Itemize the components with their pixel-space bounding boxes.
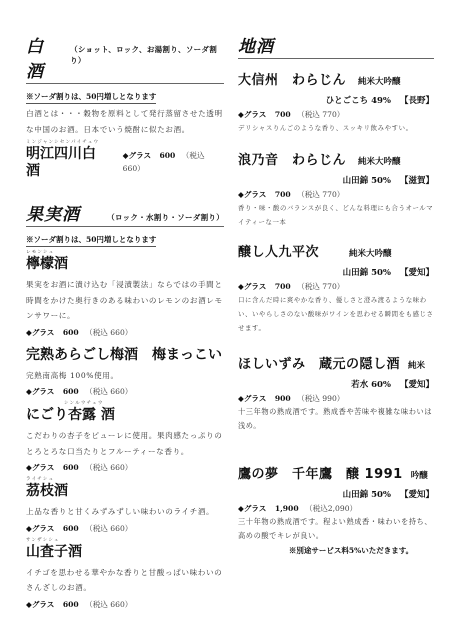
item-description: 口に含んだ時に爽やかな香り、優しさと澄み渡るような味わい、いやらしさのない酸味が… [238, 293, 434, 335]
item-name: 浪乃音 わらじん [238, 149, 346, 168]
menu-item: サンザシシュ 山査子酒 イチゴを思わせる華やかな香りと甘酸っぱい味わいのさんざし… [26, 538, 224, 611]
item-spec: 若水 60% 【愛知】 [238, 378, 434, 390]
item-grade: 純米大吟醸 [349, 247, 392, 259]
item-price: ◆グラス 600 （税込 660） [26, 326, 224, 339]
item-spec: 山田錦 50% 【愛知】 [238, 488, 434, 500]
prefecture: 【愛知】 [400, 268, 434, 278]
section-description: 白酒とは・・・穀物を原料として発行蒸留させた透明な中国のお酒。日本でいう焼酎に似… [26, 106, 224, 137]
soda-note: ※ソーダ割りは、50円増しとなります [26, 91, 156, 104]
section-title: 果実酒 [26, 200, 80, 225]
item-name: 完熟あらごし梅酒 梅まっこい [26, 347, 224, 364]
prefecture: 【愛知】 [400, 380, 434, 390]
item-price: ◆グラス 600 （税込 660） [26, 522, 224, 535]
item-grade: 純米大吟醸 [358, 155, 401, 167]
item-description: イチゴを思わせる華やかな香りと甘酸っぱい味わいのさんざしのお酒。 [26, 565, 224, 596]
price-label: ◆グラス [123, 151, 151, 160]
sake-item: ほしいずみ 蔵元の隠し酒 純米 若水 60% 【愛知】 ◆グラス 900 （税込… [238, 353, 434, 433]
sake-item: 鷹の夢 千年鷹 醸 1991 吟醸 山田錦 50% 【愛知】 ◆グラス 1,90… [238, 463, 434, 556]
price-label: ◆グラス [26, 463, 54, 472]
price-value: 600 [63, 463, 79, 472]
prefecture: 【滋賀】 [400, 176, 434, 186]
left-column: 白酒 （ショット、ロック、お湯割り、ソーダ割り） ※ソーダ割りは、50円増しとな… [26, 32, 224, 611]
item-description: こだわりの杏子をピューレに使用。果肉感たっぷりのとろとろな口当たりとフルーティー… [26, 428, 224, 459]
item-grade: 純米大吟醸 [358, 75, 401, 87]
price-tax: （税込 660） [85, 463, 132, 472]
menu-item: レモンシュ 檸檬酒 果実をお酒に漬け込む「浸漬製法」ならではの手間と時間をかけた… [26, 250, 224, 339]
sake-item: 大信州 わらじん 純米大吟醸 ひとごこち 49% 【長野】 ◆グラス 700 （… [238, 69, 434, 135]
item-description: 上品な香りと甘くみずみずしい味わいのライチ酒。 [26, 504, 224, 520]
section-header-white-spirits: 白酒 （ショット、ロック、お湯割り、ソーダ割り） [26, 32, 224, 84]
item-description: 三十年物の熟成酒です。程よい熟成香・味わいを持ち、高めの酸でキレが良い。 [238, 515, 434, 543]
section-header-local-sake: 地酒 [238, 32, 434, 59]
section-header-fruit-wines: 果実酒 （ロック・水割り・ソーダ割り） [26, 200, 224, 227]
item-description: 果実をお酒に漬け込む「浸漬製法」ならではの手間と時間をかけた奥行きのある味わいの… [26, 277, 224, 324]
price-tax: （税込 660） [85, 328, 132, 337]
item-name: にごり杏露 酒 [26, 407, 224, 424]
item-price: ◆グラス 600 （税込 660） [26, 385, 224, 398]
item-spec: ひとごこち 49% 【長野】 [238, 94, 434, 106]
item-price: ◆グラス 700 （税込 770） [238, 188, 434, 201]
item-price: ◆グラス 600 （税込 660） [123, 149, 224, 175]
item-spec: 山田錦 50% 【愛知】 [238, 266, 434, 278]
menu-item: ミンジャンシセンパイチュウ 明江四川白 酒 ◆グラス 600 （税込 660） [26, 140, 224, 180]
price-tax: （税込 990） [297, 394, 344, 403]
price-label: ◆グラス [26, 524, 54, 533]
price-value: 700 [275, 282, 291, 291]
price-value: 600 [63, 328, 79, 337]
price-label: ◆グラス [238, 282, 266, 291]
item-description: 完熟南高梅 100%使用。 [26, 368, 224, 384]
menu-item: 完熟あらごし梅酒 梅まっこい 完熟南高梅 100%使用。 ◆グラス 600 （税… [26, 347, 224, 399]
rice-polish: 山田錦 50% [343, 268, 391, 278]
price-value: 600 [63, 600, 79, 609]
item-description: 十三年物の熟成酒です。熟成香や苦味や複雑な味わいは浅め。 [238, 405, 434, 433]
soda-note: ※ソーダ割りは、50円増しとなります [26, 234, 156, 247]
right-column: 地酒 大信州 わらじん 純米大吟醸 ひとごこち 49% 【長野】 ◆グラス 70… [238, 32, 434, 556]
item-grade: 吟醸 [411, 469, 428, 481]
section-subtitle: （ショット、ロック、お湯割り、ソーダ割り） [70, 44, 224, 66]
menu-item: シンルウチュウ にごり杏露 酒 こだわりの杏子をピューレに使用。果肉感たっぷりの… [26, 401, 224, 474]
item-price: ◆グラス 700 （税込 770） [238, 108, 434, 121]
item-price: ◆グラス 1,900 （税込2,090） [238, 502, 434, 515]
price-tax: （税込 660） [85, 600, 132, 609]
price-value: 900 [275, 394, 291, 403]
item-description: 香り・味・酸のバランスが良く、どんな料理にも合うオールマイティーな一本 [238, 201, 434, 229]
price-label: ◆グラス [238, 504, 266, 513]
item-price: ◆グラス 600 （税込 660） [26, 598, 224, 611]
rice-polish: 若水 60% [351, 380, 391, 390]
sake-item: 醸し人九平次 純米大吟醸 山田錦 50% 【愛知】 ◆グラス 700 （税込 7… [238, 241, 434, 335]
menu-item: ライチシュ 茘枝酒 上品な香りと甘くみずみずしい味わいのライチ酒。 ◆グラス 6… [26, 477, 224, 535]
price-value: 1,900 [275, 504, 299, 513]
price-tax: （税込2,090） [305, 504, 357, 513]
price-value: 700 [275, 110, 291, 119]
item-name: 鷹の夢 千年鷹 醸 1991 [238, 463, 403, 482]
price-label: ◆グラス [26, 387, 54, 396]
rice-polish: ひとごこち 49% [326, 96, 391, 106]
sake-item: 浪乃音 わらじん 純米大吟醸 山田錦 50% 【滋賀】 ◆グラス 700 （税込… [238, 149, 434, 229]
price-tax: （税込 660） [85, 387, 132, 396]
item-price: ◆グラス 600 （税込 660） [26, 461, 224, 474]
item-price: ◆グラス 900 （税込 990） [238, 392, 434, 405]
price-tax: （税込 770） [297, 190, 344, 199]
item-name: 山査子酒 [26, 544, 224, 561]
item-name: 大信州 わらじん [238, 69, 346, 88]
rice-polish: 山田錦 50% [343, 490, 391, 500]
price-value: 700 [275, 190, 291, 199]
section-subtitle: （ロック・水割り・ソーダ割り） [107, 212, 224, 223]
prefecture: 【長野】 [400, 96, 434, 106]
item-name: ほしいずみ 蔵元の隠し酒 [238, 353, 400, 372]
service-charge-note: ※別途サービス料5%いただきます。 [238, 545, 434, 556]
item-grade: 純米 [408, 359, 425, 371]
price-tax: （税込 770） [297, 110, 344, 119]
rice-polish: 山田錦 50% [343, 176, 391, 186]
section-title: 白酒 [26, 32, 60, 82]
price-tax: （税込 770） [297, 282, 344, 291]
item-price: ◆グラス 700 （税込 770） [238, 280, 434, 293]
item-description: デリシャスりんごのような香り、スッキリ飲みやすい。 [238, 121, 434, 135]
price-label: ◆グラス [238, 394, 266, 403]
item-name: 茘枝酒 [26, 483, 224, 500]
price-value: 600 [159, 151, 175, 160]
section-title: 地酒 [238, 32, 274, 57]
price-tax: （税込 660） [85, 524, 132, 533]
price-label: ◆グラス [26, 328, 54, 337]
price-value: 600 [63, 387, 79, 396]
item-spec: 山田錦 50% 【滋賀】 [238, 174, 434, 186]
price-label: ◆グラス [238, 110, 266, 119]
prefecture: 【愛知】 [400, 490, 434, 500]
item-name: 醸し人九平次 [238, 241, 319, 260]
price-label: ◆グラス [26, 600, 54, 609]
price-value: 600 [63, 524, 79, 533]
price-label: ◆グラス [238, 190, 266, 199]
item-name: 明江四川白 酒 [26, 146, 111, 180]
item-name: 檸檬酒 [26, 256, 224, 273]
